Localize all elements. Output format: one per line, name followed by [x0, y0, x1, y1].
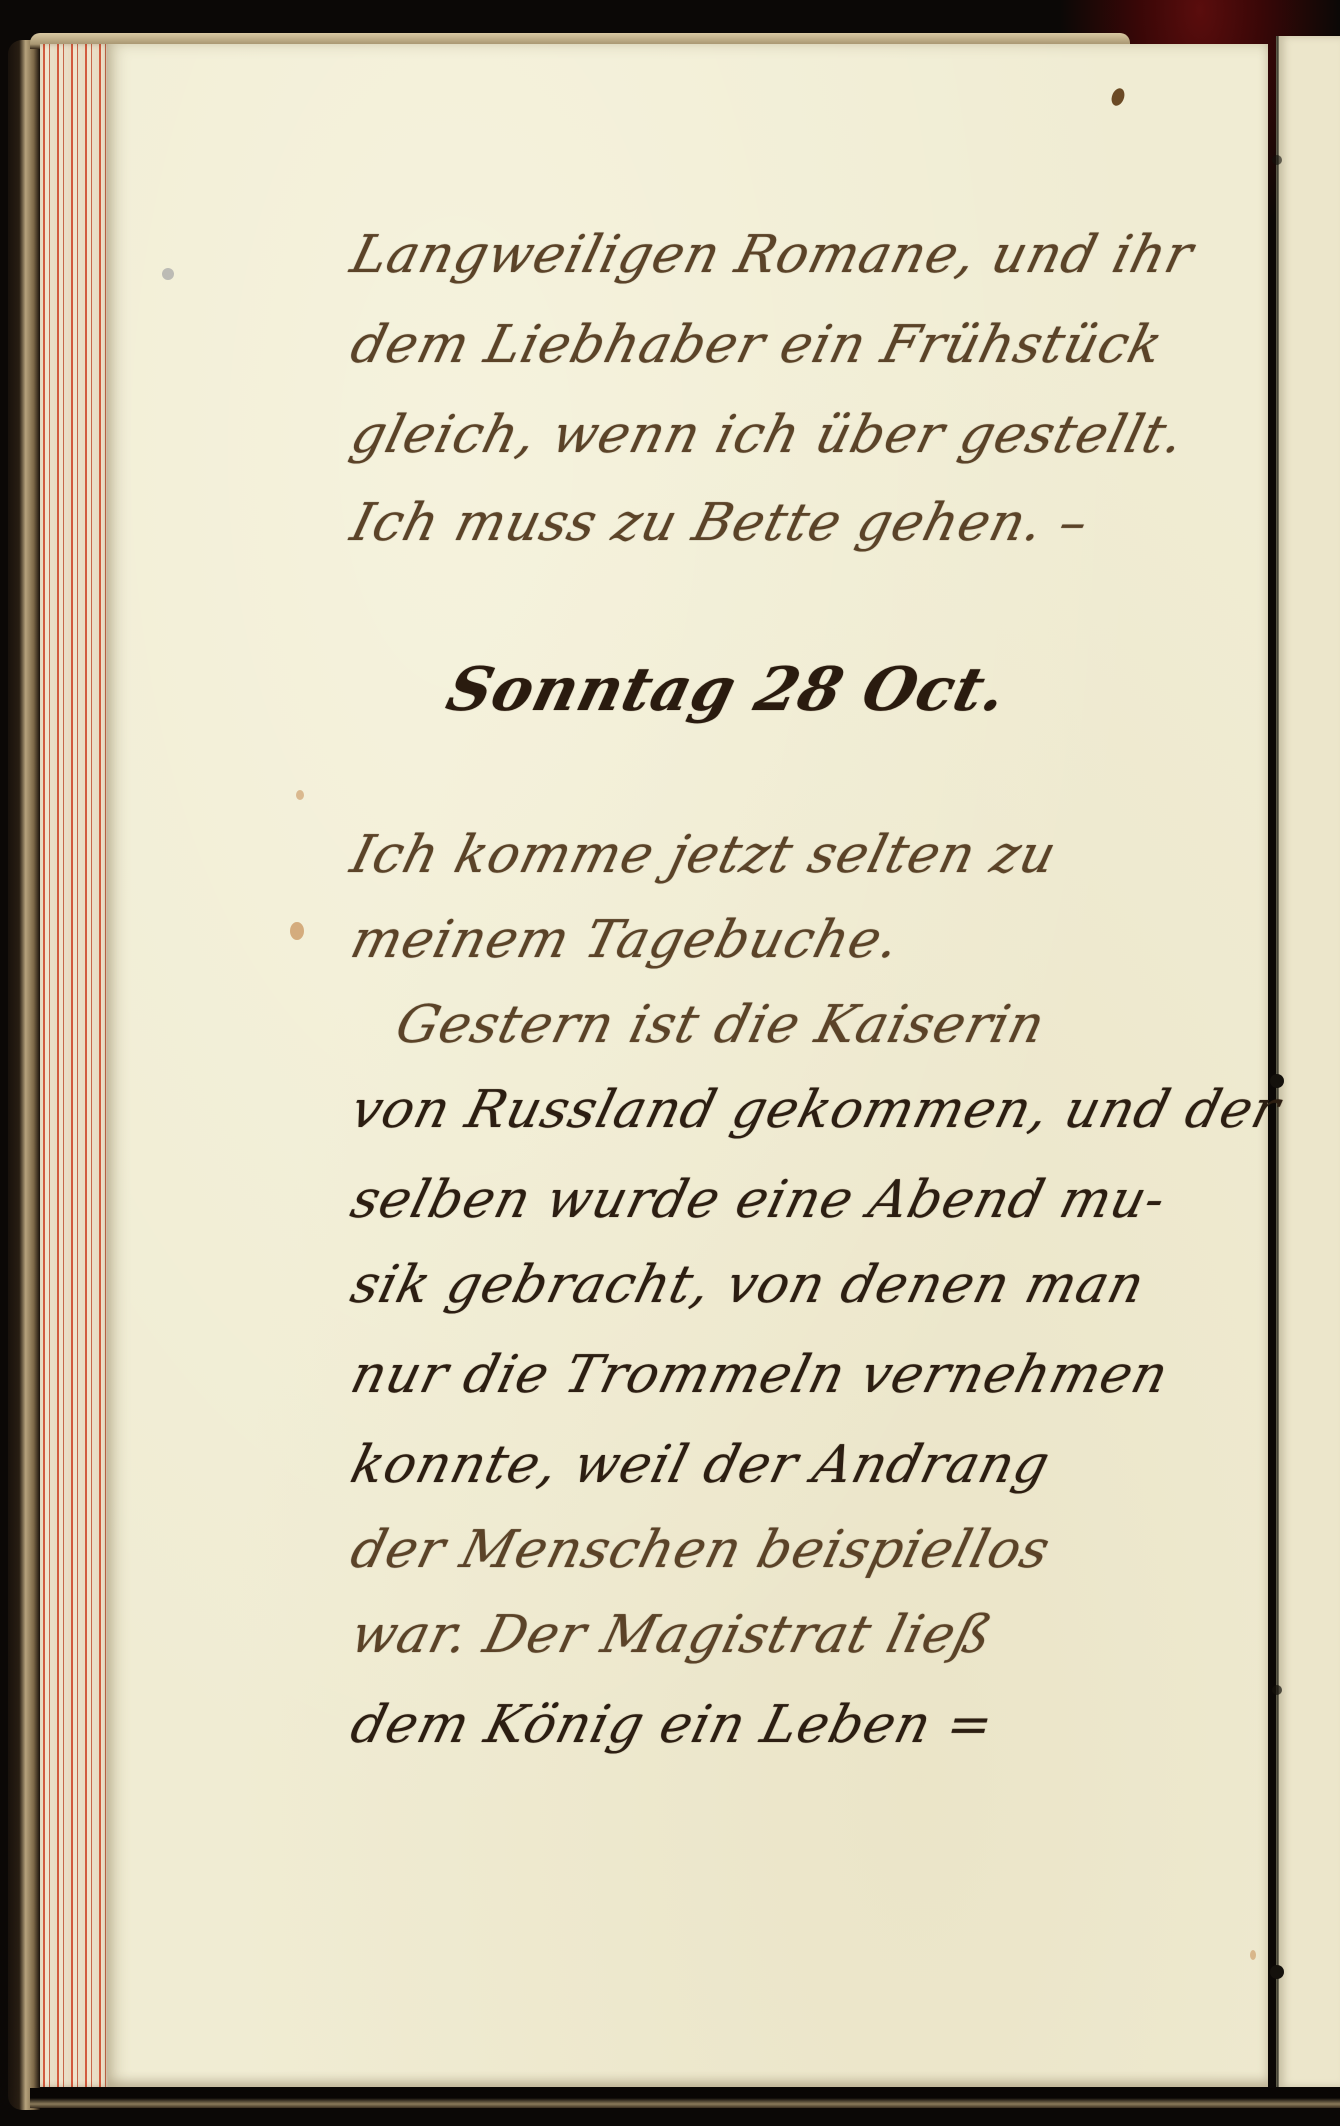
stitch-hole-icon	[1270, 1965, 1284, 1979]
text-line: Ich komme jetzt selten zu	[345, 825, 1063, 885]
foxing-spot	[296, 790, 304, 800]
foxing-spot	[1250, 1950, 1256, 1960]
binding-spine-edge	[8, 40, 40, 2110]
entry-date-heading: Sonntag 28 Oct.	[440, 655, 1014, 725]
text-line: Ich muss zu Bette gehen. –	[345, 493, 1095, 553]
text-line: Langweiligen Romane, und ihr	[345, 225, 1199, 285]
text-line: sik gebracht, von denen man	[345, 1255, 1151, 1315]
stitch-hole-icon	[1272, 155, 1282, 165]
foxing-spot	[290, 922, 304, 940]
text-line: gleich, wenn ich über gestellt.	[345, 405, 1191, 465]
text-line: nur die Trommeln vernehmen	[345, 1345, 1175, 1405]
stitch-hole-icon	[1272, 1685, 1282, 1695]
text-line: war. Der Magistrat ließ	[345, 1605, 998, 1665]
facing-page-edge	[1278, 36, 1340, 2087]
text-line: dem König ein Leben =	[345, 1695, 1000, 1755]
text-line: Gestern ist die Kaiserin	[390, 995, 1051, 1055]
text-line: konnte, weil der Andrang	[345, 1435, 1056, 1495]
text-line: von Russland gekommen, und der	[345, 1080, 1286, 1140]
text-line: der Menschen beispiellos	[345, 1520, 1056, 1580]
text-line: selben wurde eine Abend mu-	[345, 1170, 1172, 1230]
red-edged-page-stack	[40, 44, 110, 2087]
page-gutter	[1276, 36, 1279, 2087]
text-line: meinem Tagebuche.	[345, 910, 906, 970]
text-line: dem Liebhaber ein Frühstück	[345, 315, 1169, 375]
foxing-spot	[162, 268, 174, 280]
binding-bottom-edge	[30, 2088, 1340, 2108]
